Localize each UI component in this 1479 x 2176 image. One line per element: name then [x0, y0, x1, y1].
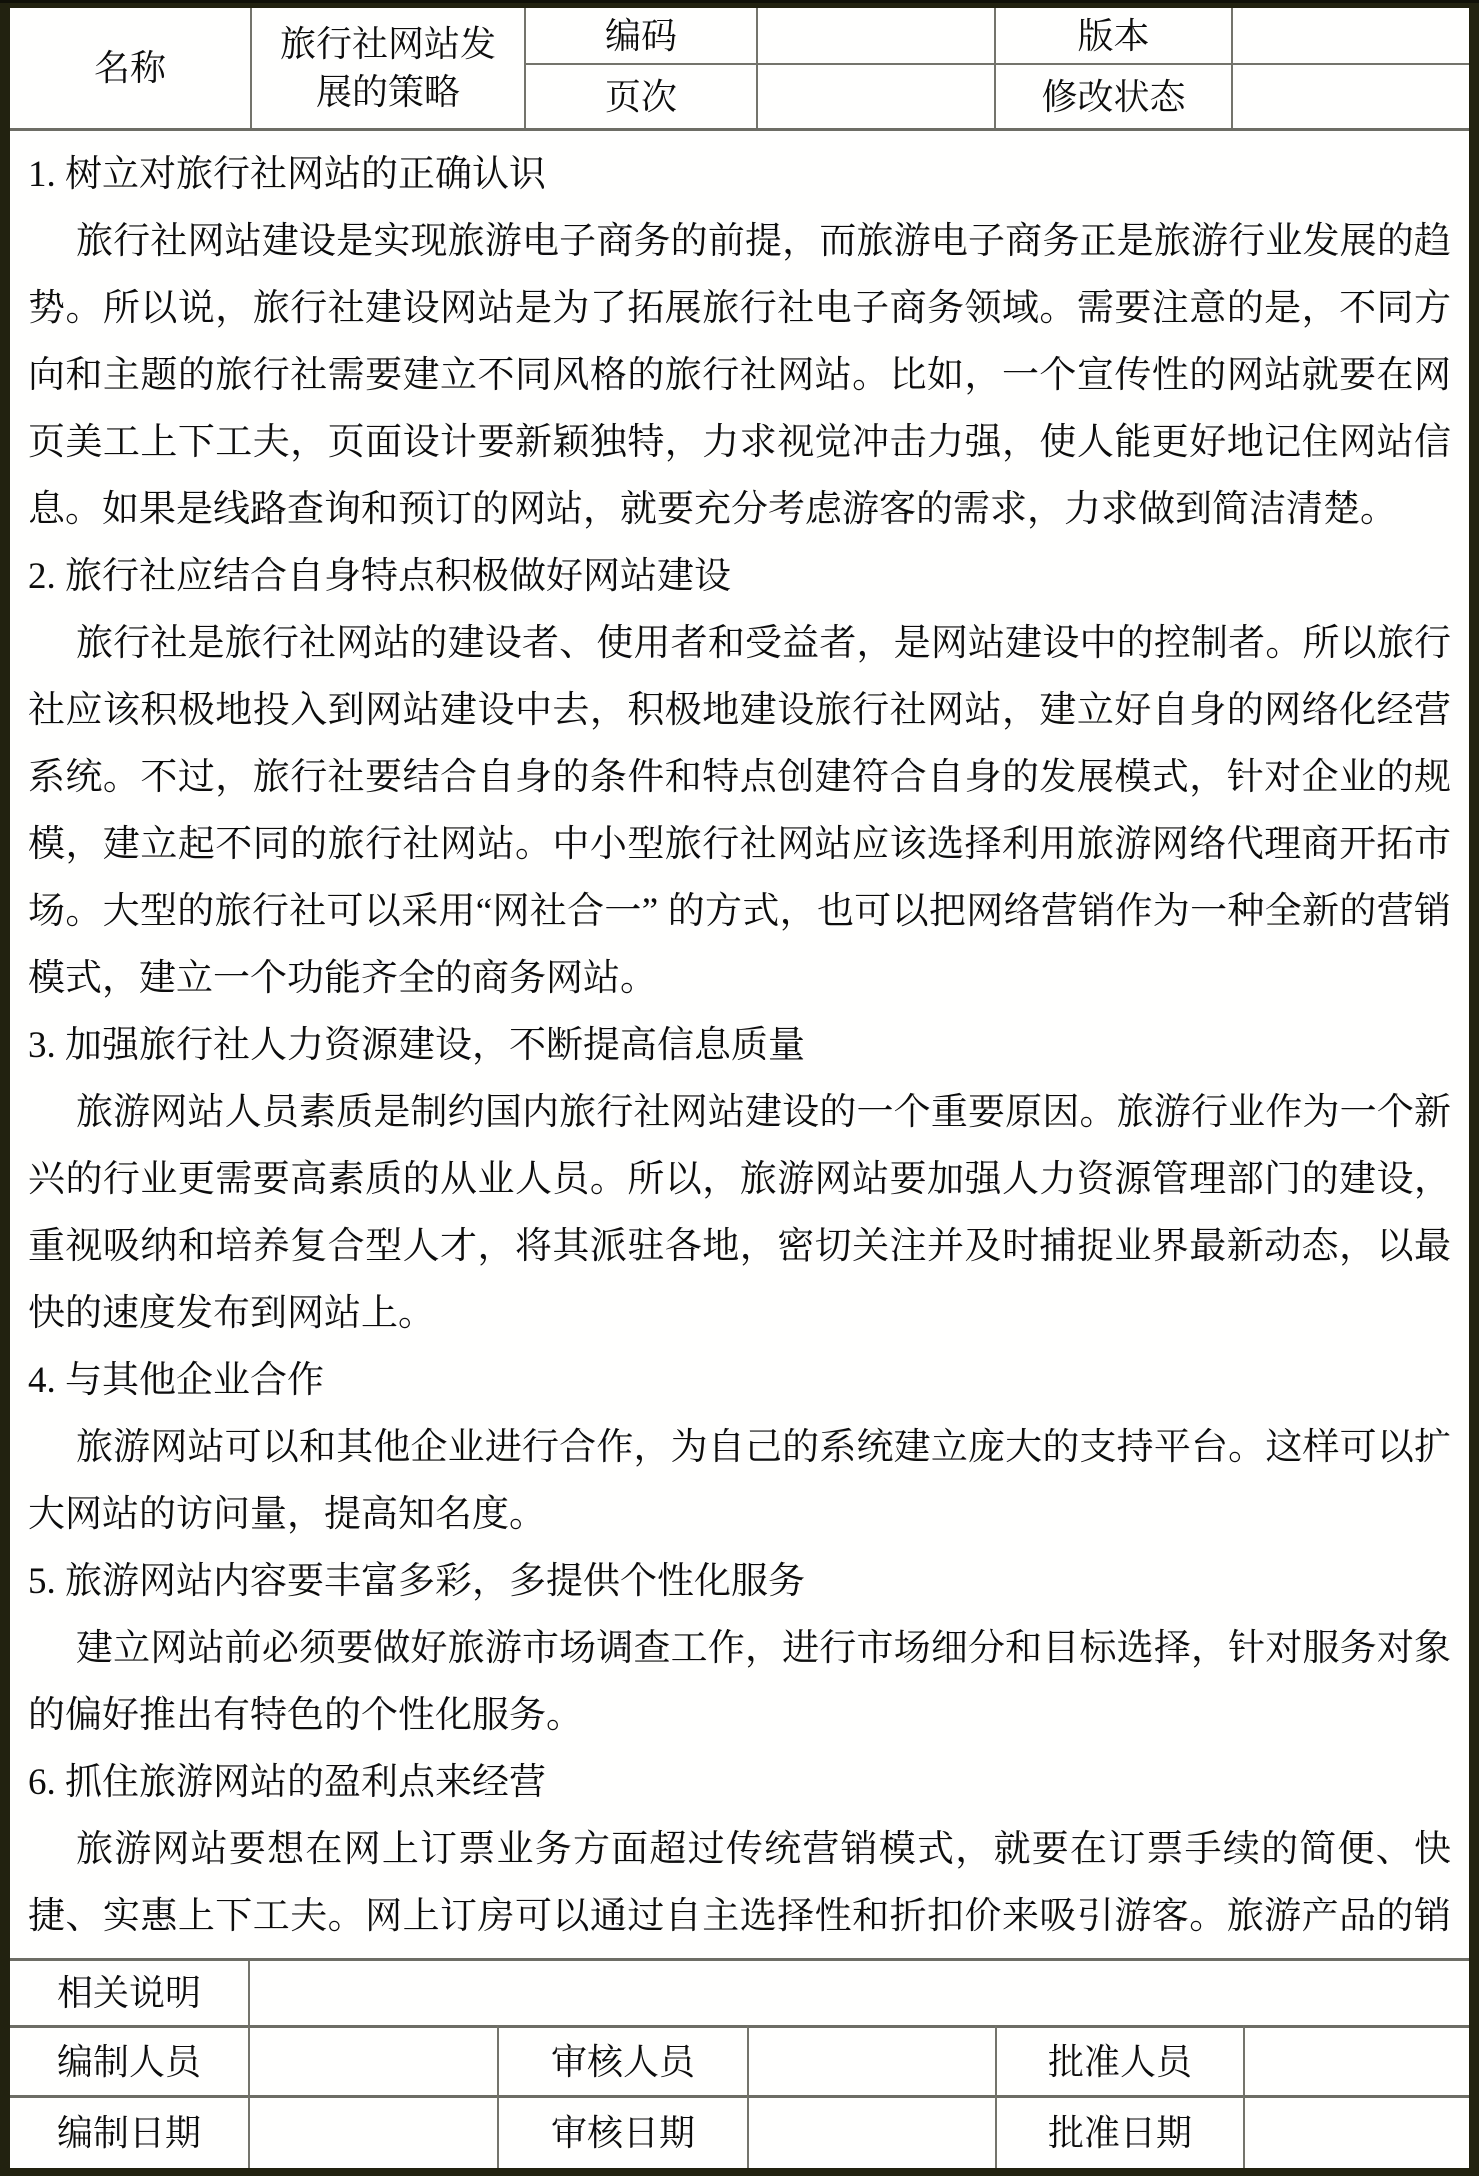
approve-by-label-cell: 批准人员	[995, 2025, 1243, 2095]
prepared-by-label-cell: 编制人员	[10, 2025, 248, 2095]
section-paragraph: 旅游网站可以和其他企业进行合作，为自己的系统建立庞大的支持平台。这样可以扩大网站…	[28, 1414, 1451, 1548]
version-value-cell	[1231, 8, 1469, 63]
prepared-date-label-cell: 编制日期	[10, 2095, 248, 2168]
review-by-label-cell: 审核人员	[497, 2025, 747, 2095]
section: 1. 树立对旅行社网站的正确认识 旅行社网站建设是实现旅游电子商务的前提，而旅游…	[28, 141, 1451, 543]
approve-by-value-cell	[1243, 2025, 1469, 2095]
page-value-cell	[756, 63, 994, 128]
revision-label-cell: 修改状态	[994, 63, 1231, 128]
section-paragraph: 旅行社是旅行社网站的建设者、使用者和受益者，是网站建设中的控制者。所以旅行社应该…	[28, 610, 1451, 1012]
doc-title-cell: 旅行社网站发展的策略	[250, 8, 524, 128]
section-heading: 5. 旅游网站内容要丰富多彩，多提供个性化服务	[28, 1548, 1451, 1615]
approve-date-value-cell	[1243, 2095, 1469, 2168]
review-date-value-cell	[747, 2095, 995, 2168]
section-paragraph: 建立网站前必须要做好旅游市场调查工作，进行市场细分和目标选择，针对服务对象的偏好…	[28, 1615, 1451, 1749]
document-inner: 名称 旅行社网站发展的策略 编码 版本 页次 修改状态 1. 树立对旅行社网站的…	[10, 8, 1469, 2168]
section-heading: 3. 加强旅行社人力资源建设，不断提高信息质量	[28, 1012, 1451, 1079]
page-label-cell: 页次	[524, 63, 756, 128]
name-label-cell: 名称	[10, 8, 250, 128]
review-by-value-cell	[747, 2025, 995, 2095]
version-label-cell: 版本	[994, 8, 1231, 63]
section-heading: 4. 与其他企业合作	[28, 1347, 1451, 1414]
section: 2. 旅行社应结合自身特点积极做好网站建设 旅行社是旅行社网站的建设者、使用者和…	[28, 543, 1451, 1012]
section-heading: 2. 旅行社应结合自身特点积极做好网站建设	[28, 543, 1451, 610]
section-paragraph: 旅游网站人员素质是制约国内旅行社网站建设的一个重要原因。旅游行业作为一个新兴的行…	[28, 1079, 1451, 1347]
section: 4. 与其他企业合作 旅游网站可以和其他企业进行合作，为自己的系统建立庞大的支持…	[28, 1347, 1451, 1548]
code-label-cell: 编码	[524, 8, 756, 63]
notes-label-cell: 相关说明	[10, 1961, 248, 2025]
section-paragraph: 旅行社网站建设是实现旅游电子商务的前提，而旅游电子商务正是旅游行业发展的趋势。所…	[28, 208, 1451, 543]
revision-value-cell	[1231, 63, 1469, 128]
section-heading: 1. 树立对旅行社网站的正确认识	[28, 141, 1451, 208]
prepared-by-value-cell	[248, 2025, 497, 2095]
prepared-date-value-cell	[248, 2095, 497, 2168]
section-paragraph: 旅游网站要想在网上订票业务方面超过传统营销模式，就要在订票手续的简便、快捷、实惠…	[28, 1816, 1451, 1958]
approve-date-label-cell: 批准日期	[995, 2095, 1243, 2168]
section: 6. 抓住旅游网站的盈利点来经营 旅游网站要想在网上订票业务方面超过传统营销模式…	[28, 1749, 1451, 1958]
footer-table: 相关说明 编制人员 审核人员 批准人员 编制日期 审核日期 批准日期	[10, 1958, 1469, 2168]
section-heading: 6. 抓住旅游网站的盈利点来经营	[28, 1749, 1451, 1816]
review-date-label-cell: 审核日期	[497, 2095, 747, 2168]
document-body: 1. 树立对旅行社网站的正确认识 旅行社网站建设是实现旅游电子商务的前提，而旅游…	[10, 131, 1469, 1958]
code-value-cell	[756, 8, 994, 63]
document-page: 名称 旅行社网站发展的策略 编码 版本 页次 修改状态 1. 树立对旅行社网站的…	[0, 0, 1479, 2176]
notes-value-cell	[248, 1961, 1469, 2025]
header-table: 名称 旅行社网站发展的策略 编码 版本 页次 修改状态	[10, 8, 1469, 131]
section: 5. 旅游网站内容要丰富多彩，多提供个性化服务 建立网站前必须要做好旅游市场调查…	[28, 1548, 1451, 1749]
section: 3. 加强旅行社人力资源建设，不断提高信息质量 旅游网站人员素质是制约国内旅行社…	[28, 1012, 1451, 1347]
